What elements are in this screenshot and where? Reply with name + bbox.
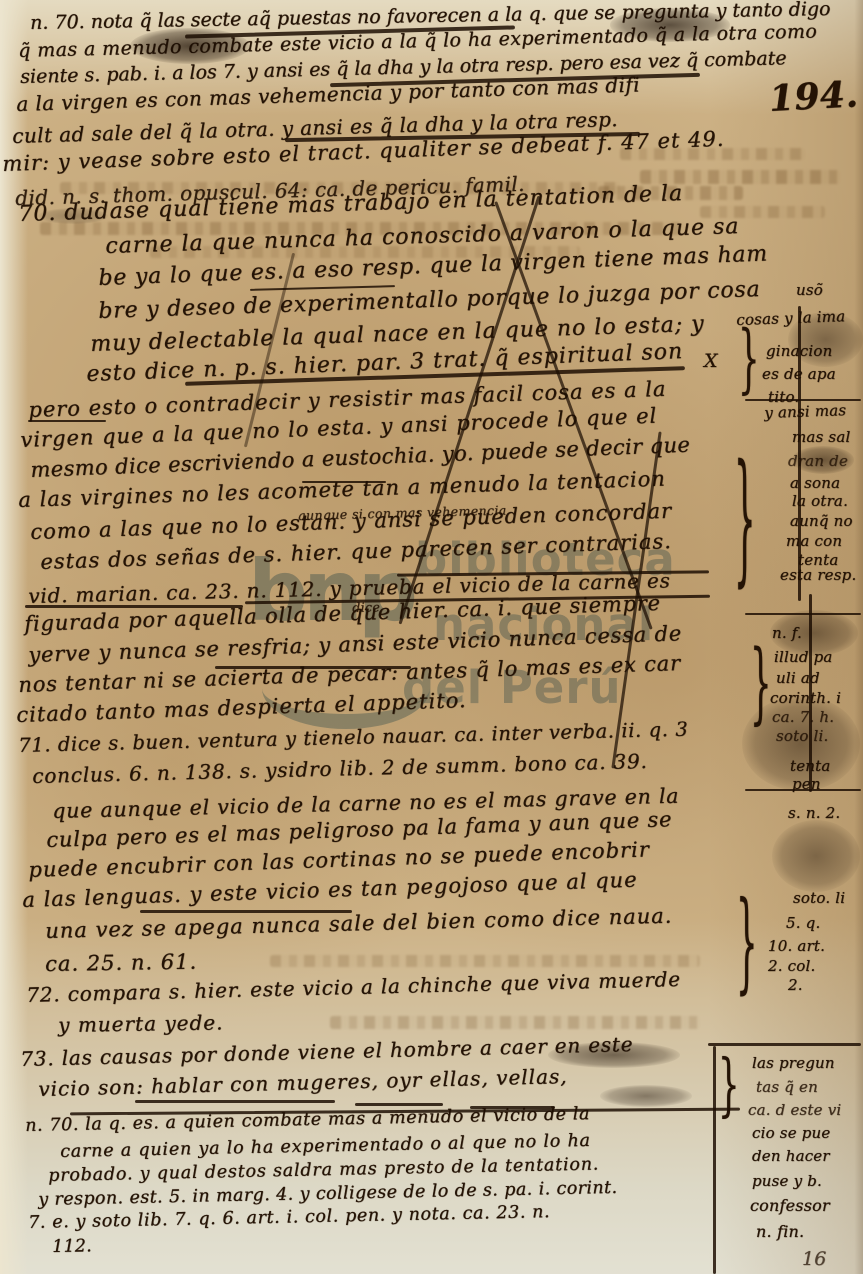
margin-rule [708, 1043, 861, 1046]
margin-note: 2. [788, 976, 803, 994]
margin-note: ma con [786, 532, 842, 550]
manuscript-line: una vez se apega nunca sale del bien com… [45, 904, 673, 943]
margin-note: mas sal [792, 428, 850, 446]
folio-number: 194. [768, 73, 859, 120]
underline-mark [355, 1103, 443, 1106]
margin-note: y ansi mas [764, 401, 847, 422]
margin-note: esta resp. [780, 566, 856, 584]
ink-blot [600, 1085, 692, 1107]
margin-vertical-rule [713, 1046, 716, 1274]
margin-note: las pregun [752, 1054, 835, 1072]
manuscript-line: conclus. 6. n. 138. s. ysidro lib. 2 de … [32, 749, 648, 788]
underline-mark [215, 666, 411, 669]
ink-blot [130, 28, 250, 64]
manuscript-line: vicio son: hablar con mugeres, oyr ellas… [38, 1064, 568, 1101]
ink-blot [610, 8, 730, 42]
underline-mark [28, 420, 106, 422]
bleedthrough-mark [330, 1016, 700, 1029]
brace-mark: } [734, 436, 756, 604]
margin-note: tas q̃ en [756, 1078, 818, 1096]
margin-note: ca. d este vi [748, 1101, 841, 1119]
manuscript-page: bnp biblioteca nacional del Perú n. 70. … [0, 0, 863, 1274]
margin-note: n. fin. [756, 1222, 804, 1241]
ink-blot [770, 610, 858, 656]
margin-note: uli ad [776, 669, 820, 687]
margin-note: 5. q. [786, 914, 820, 932]
underline-mark [135, 1100, 335, 1103]
margin-note: X [704, 350, 718, 372]
brace-mark: } [736, 880, 758, 1008]
margin-note: cio se pue [752, 1124, 830, 1142]
underline-mark [140, 910, 352, 913]
margin-note: 2. col. [768, 957, 815, 975]
ink-blot [792, 446, 854, 474]
underline-mark [25, 605, 243, 608]
manuscript-line: y muerta yede. [58, 1010, 224, 1037]
margin-note: usõ [796, 281, 823, 299]
ink-blot [772, 820, 860, 892]
margin-note: den hacer [752, 1147, 830, 1165]
brace-mark: } [718, 1046, 740, 1126]
page-number: 16 [802, 1248, 827, 1270]
ink-blot [788, 312, 863, 367]
bleedthrough-mark [270, 955, 700, 967]
ink-blot [38, 208, 108, 224]
margin-note: puse y b. [752, 1172, 822, 1190]
margin-note: 10. art. [768, 937, 825, 955]
margin-note: confessor [750, 1196, 830, 1215]
footnote-line: 112. [52, 1236, 92, 1257]
ink-blot [742, 696, 860, 791]
manuscript-line: ca. 25. n. 61. [45, 950, 197, 976]
brace-mark: } [738, 316, 760, 404]
ink-blot [548, 1042, 680, 1068]
